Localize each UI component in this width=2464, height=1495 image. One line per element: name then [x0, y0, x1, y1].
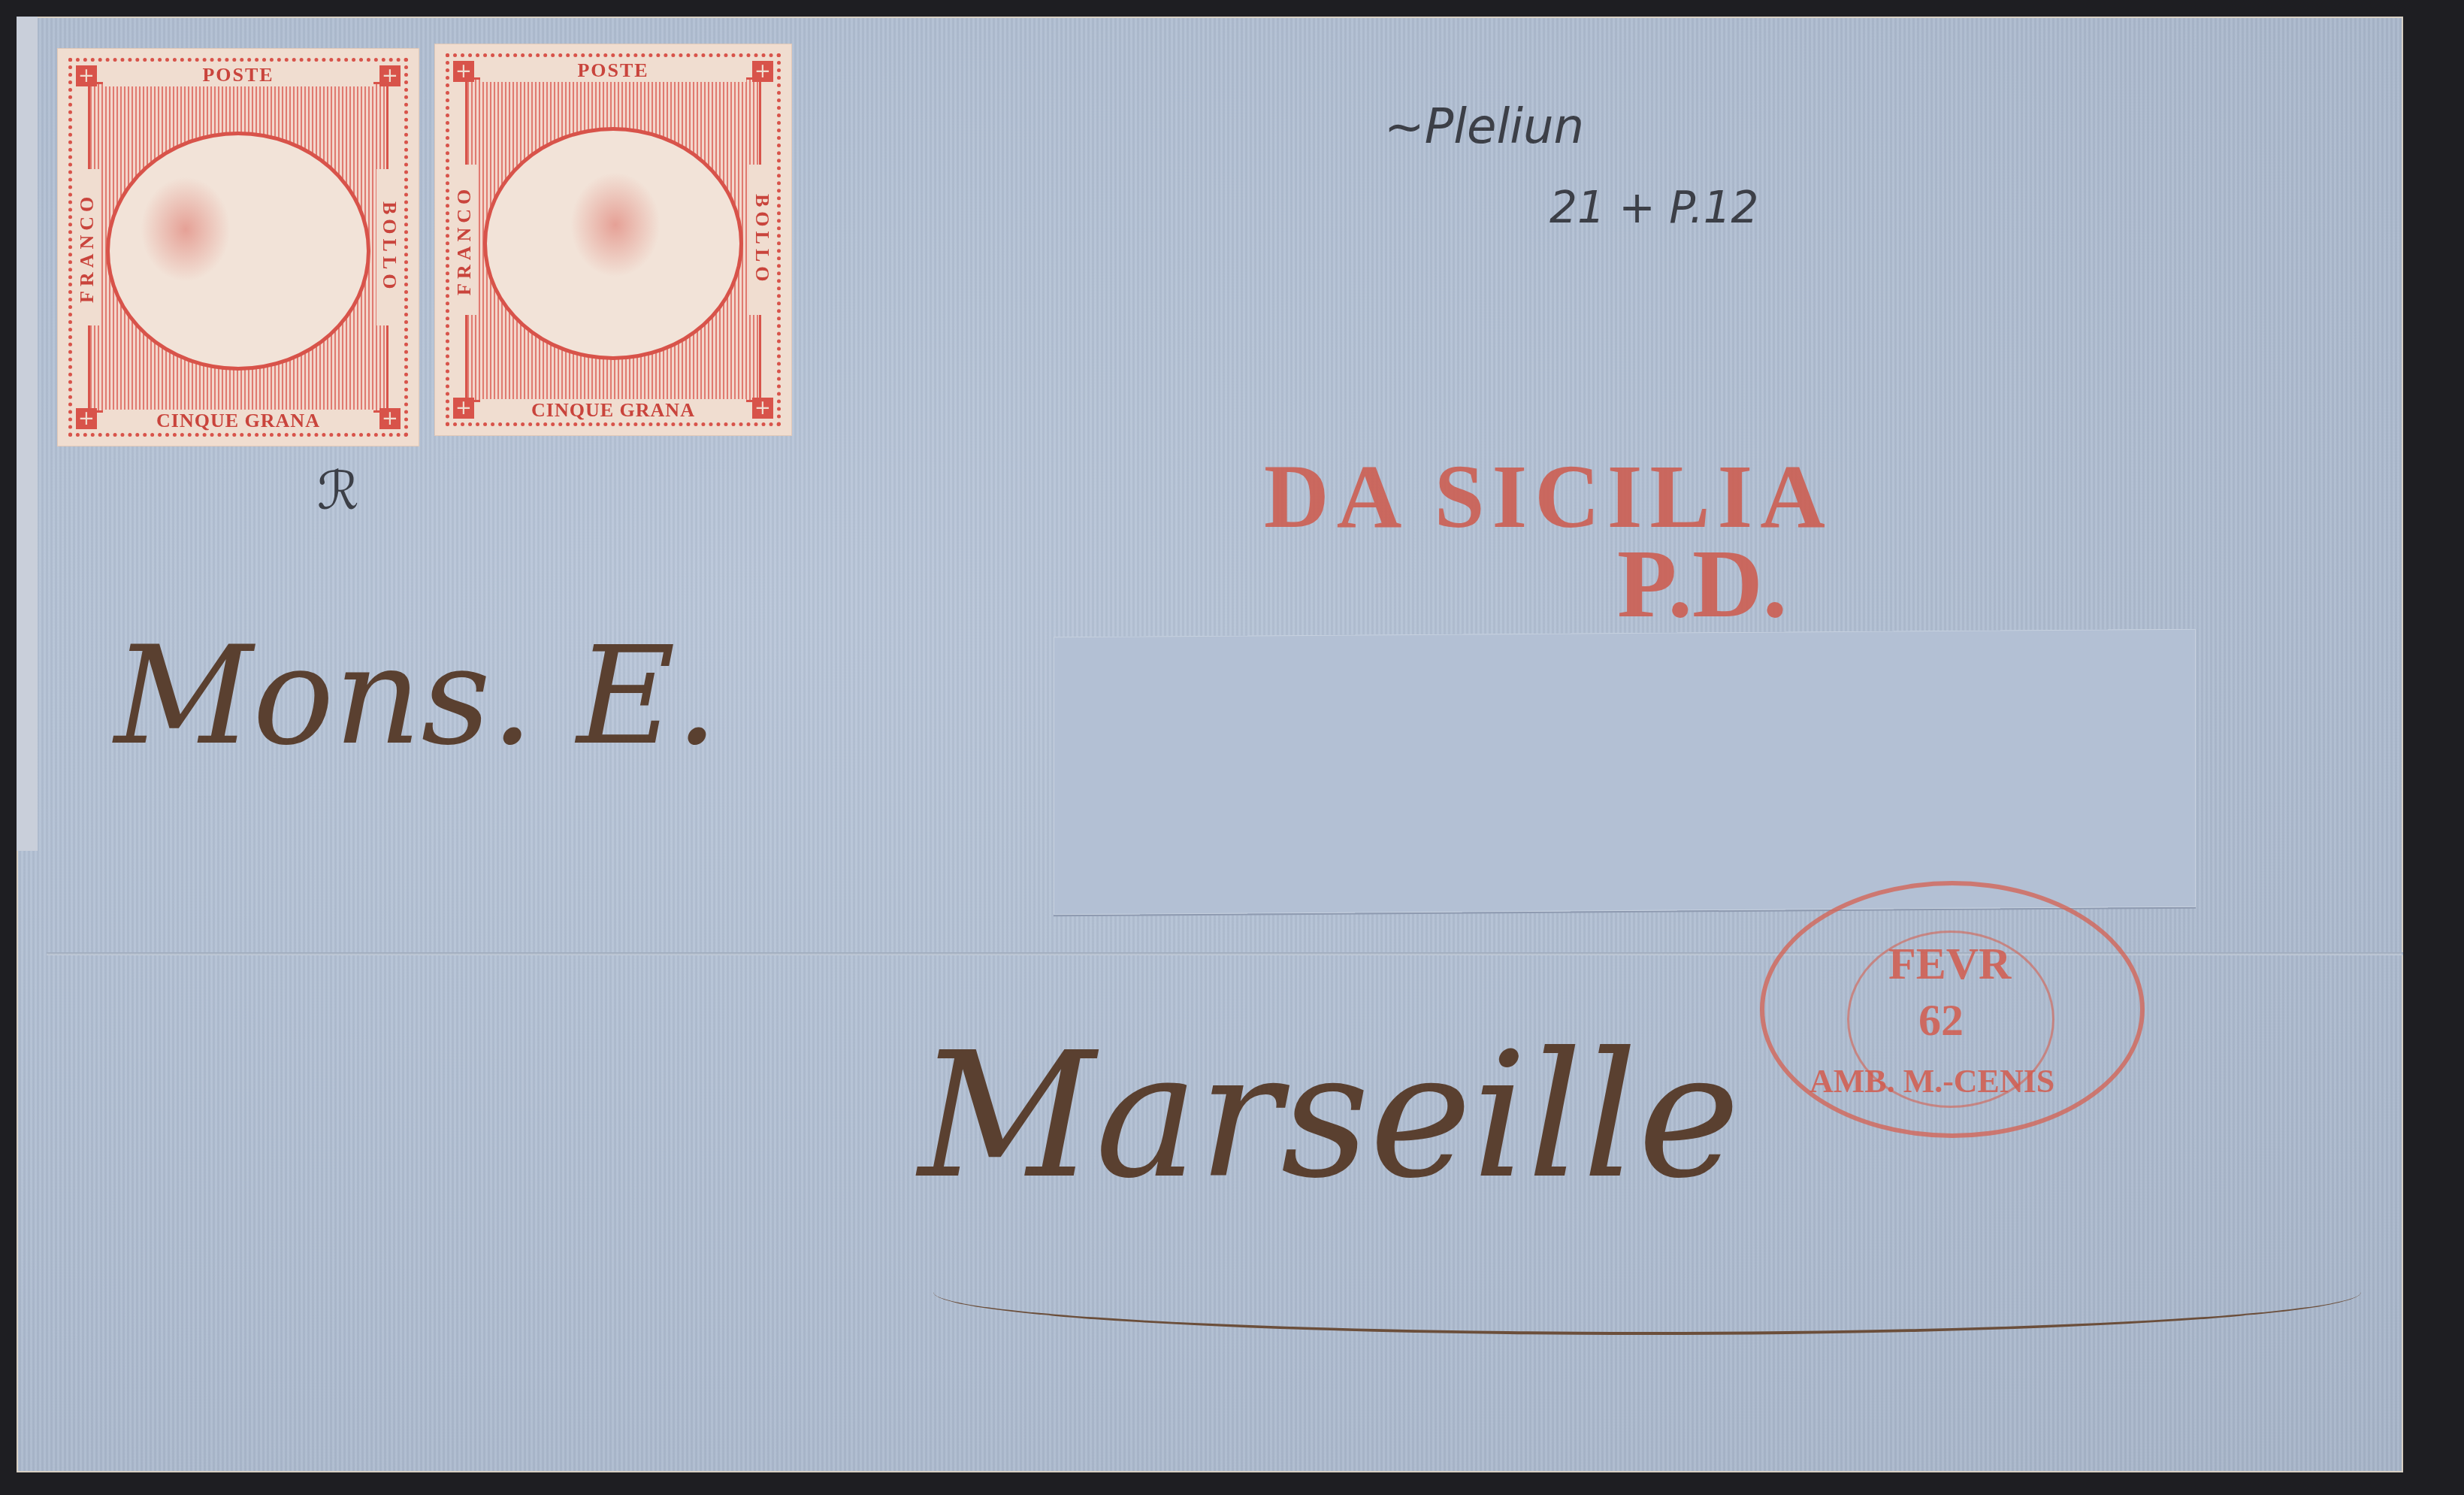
address-line-1: Mons. E. [114, 618, 718, 775]
stamp-right-text: BOLLO [749, 165, 773, 315]
underline-flourish [933, 1249, 2361, 1335]
stamp-1: POSTE CINQUE GRANA FRANCO BOLLO + + + + [57, 48, 419, 446]
cross-icon: + [752, 398, 773, 419]
cross-icon: + [76, 408, 97, 429]
stamp-bottom-text: CINQUE GRANA [480, 399, 746, 422]
cross-icon: + [76, 65, 97, 86]
cross-icon: + [379, 408, 401, 429]
address-line-2: Marseille [918, 1016, 1740, 1217]
stamp-left-text: FRANCO [76, 169, 100, 325]
stamp-bottom-text: CINQUE GRANA [103, 410, 373, 432]
pencil-signature: ~Pleliun [1384, 99, 1584, 155]
stamp-right-text: BOLLO [376, 169, 401, 325]
handstamp-pd: P.D. [1617, 528, 1787, 640]
circular-postmark: FEVR 62 AMB. M.-CENIS [1760, 881, 2145, 1138]
stamp-left-text: FRANCO [453, 165, 477, 315]
stamp-2: POSTE CINQUE GRANA FRANCO BOLLO + + + + [434, 44, 792, 436]
red-cancel-mark [570, 172, 661, 277]
stamp-top-text: POSTE [103, 64, 373, 86]
left-flap [17, 17, 38, 851]
stamp-top-text: POSTE [480, 59, 746, 82]
cross-icon: + [379, 65, 401, 86]
postmark-month: FEVR [1888, 938, 2011, 990]
cross-icon: + [752, 61, 773, 82]
pencil-catalog-note: 21 + P.12 [1549, 182, 1759, 233]
postal-cover: POSTE CINQUE GRANA FRANCO BOLLO + + + + … [17, 17, 2403, 1472]
postmark-year: 62 [1918, 994, 1964, 1046]
covered-address-patch [1054, 629, 2196, 915]
pencil-small-mark: ℛ [317, 460, 359, 522]
postmark-route: AMB. M.-CENIS [1809, 1062, 2054, 1100]
red-cancel-mark [141, 177, 231, 282]
cross-icon: + [453, 398, 474, 419]
cross-icon: + [453, 61, 474, 82]
